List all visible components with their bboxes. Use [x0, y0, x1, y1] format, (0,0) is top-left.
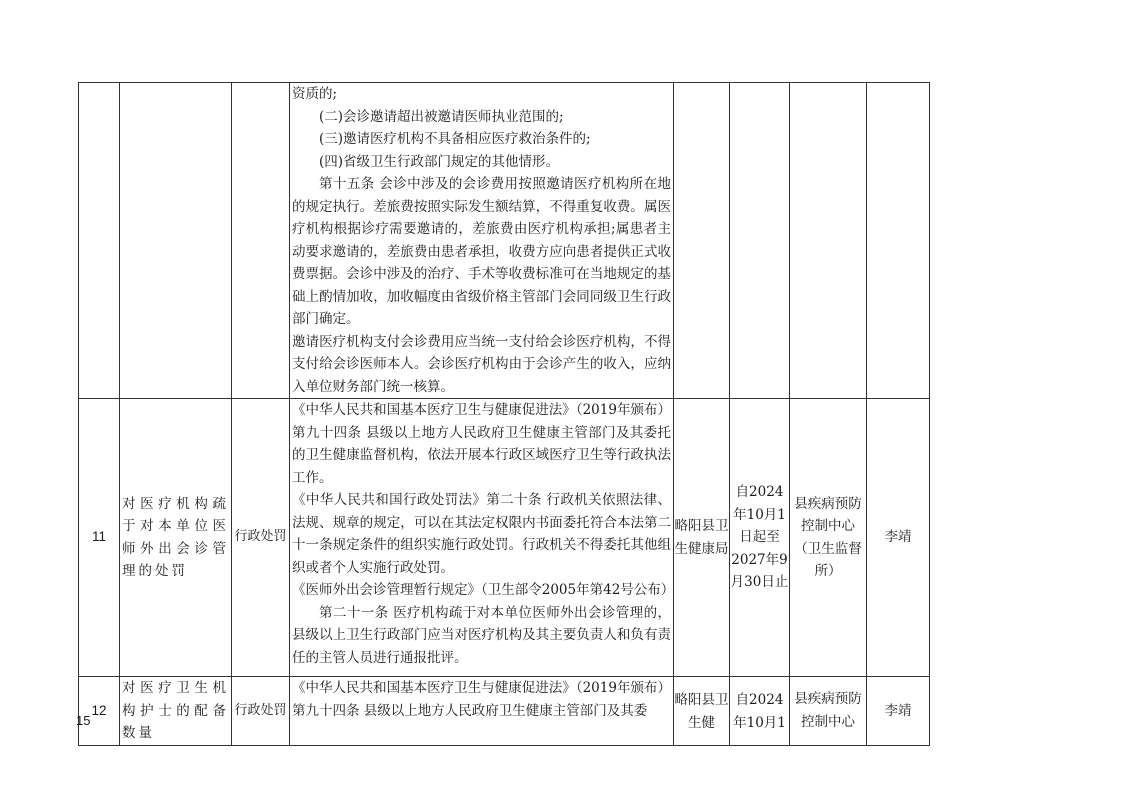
item-cell [120, 83, 232, 399]
basis-line: 《医师外出会诊管理暂行规定》（卫生部令2005年第42号公布） [292, 579, 671, 602]
row-number: 11 [79, 399, 120, 677]
authority: 略阳县卫生健康局 [674, 399, 730, 677]
authorization-table: 资质的; (二)会诊邀请超出被邀请医师执业范围的; (三)邀请医疗机构不具备相应… [78, 82, 930, 746]
basis-line: 资质的; [292, 83, 671, 106]
legal-basis-cell: 《中华人民共和国基本医疗卫生与健康促进法》（2019年颁布）第九十四条 县级以上… [290, 399, 674, 677]
number-cell [79, 83, 120, 399]
category-cell [232, 83, 290, 399]
period-text: 自2024年10月1 [730, 689, 789, 732]
item-name: 对医疗机构疏于对本单位医师外出会诊管理的处罚 [120, 399, 232, 677]
table-row-11: 11 对医疗机构疏于对本单位医师外出会诊管理的处罚 行政处罚 《中华人民共和国基… [79, 399, 930, 677]
legal-basis-cell: 《中华人民共和国基本医疗卫生与健康促进法》（2019年颁布）第九十四条 县级以上… [290, 677, 674, 746]
basis-line: 《中华人民共和国基本医疗卫生与健康促进法》（2019年颁布）第九十四条 县级以上… [292, 677, 671, 720]
authority-cell [674, 83, 730, 399]
legal-basis-cell: 资质的; (二)会诊邀请超出被邀请医师执业范围的; (三)邀请医疗机构不具备相应… [290, 83, 674, 399]
basis-line: (二)会诊邀请超出被邀请医师执业范围的; [292, 106, 671, 129]
authority: 略阳县卫生健 [674, 677, 730, 746]
person: 李靖 [867, 399, 930, 677]
person-cell [867, 83, 930, 399]
basis-line: 第二十一条 医疗机构疏于对本单位医师外出会诊管理的，县级以上卫生行政部门应当对医… [292, 602, 671, 670]
period-cell [730, 83, 790, 399]
basis-line: 第十五条 会诊中涉及的会诊费用按照邀请医疗机构所在地的规定执行。差旅费按照实际发… [292, 173, 671, 331]
page-number: 15 [76, 713, 90, 728]
row-number: 12 [79, 677, 120, 746]
authority-text: 略阳县卫生健 [674, 689, 729, 732]
basis-line: (四)省级卫生行政部门规定的其他情形。 [292, 151, 671, 174]
table-row-12: 12 对医疗卫生机构护士的配备数量 行政处罚 《中华人民共和国基本医疗卫生与健康… [79, 677, 930, 746]
entrusted-org-cell [790, 83, 867, 399]
period: 自2024年10月1 [730, 677, 790, 746]
entrusted-org: 县疾病预防控制中心（卫生监督所） [790, 399, 867, 677]
category: 行政处罚 [232, 677, 290, 746]
basis-line: 《中华人民共和国基本医疗卫生与健康促进法》（2019年颁布）第九十四条 县级以上… [292, 399, 671, 489]
entrusted-org: 县疾病预防控制中心 [790, 677, 867, 746]
period: 自2024年10月1日起至2027年9月30日止 [730, 399, 790, 677]
basis-line: 邀请医疗机构支付会诊费用应当统一支付给会诊医疗机构，不得支付给会诊医师本人。会诊… [292, 331, 671, 399]
basis-line: 《中华人民共和国行政处罚法》第二十条 行政机关依照法律、法规、规章的规定，可以在… [292, 489, 671, 579]
person: 李靖 [867, 677, 930, 746]
table-row-continuation: 资质的; (二)会诊邀请超出被邀请医师执业范围的; (三)邀请医疗机构不具备相应… [79, 83, 930, 399]
item-name: 对医疗卫生机构护士的配备数量 [120, 677, 232, 746]
basis-line: (三)邀请医疗机构不具备相应医疗救治条件的; [292, 128, 671, 151]
category: 行政处罚 [232, 399, 290, 677]
